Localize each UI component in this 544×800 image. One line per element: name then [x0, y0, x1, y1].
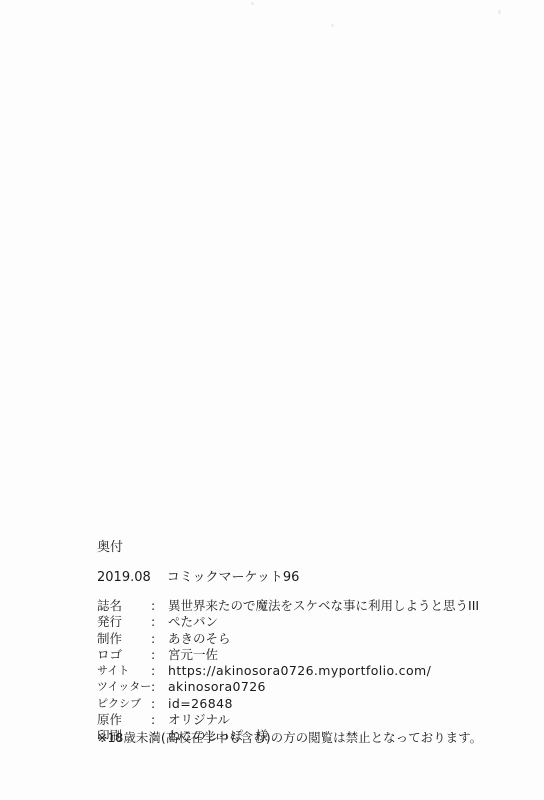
info-value: あきのそら — [168, 631, 231, 647]
scan-speck — [331, 24, 334, 27]
info-label: ツイッター — [97, 679, 151, 695]
edition-event: コミックマーケット96 — [167, 570, 300, 585]
info-value: 宮元一佐 — [168, 647, 218, 663]
info-separator: : — [151, 598, 155, 614]
colophon-page: 奥付 2019.08コミックマーケット96 誌名 : 異世界来たので魔法をスケベ… — [0, 0, 544, 800]
info-separator: : — [151, 679, 155, 695]
info-value: 異世界来たので魔法をスケベな事に利用しようと思うIII — [168, 598, 479, 614]
info-value: オリジナル — [168, 712, 230, 728]
colophon-heading: 奥付 — [97, 540, 123, 556]
info-label: 原作 — [97, 712, 122, 728]
info-label: 制作 — [97, 631, 122, 647]
info-value: ぺたパン — [168, 614, 218, 630]
info-separator: : — [151, 614, 155, 630]
edition-date: 2019.08 — [97, 570, 151, 585]
info-separator: : — [151, 647, 155, 663]
site-url-link[interactable]: https://akinosora0726.myportfolio.com/ — [168, 663, 431, 679]
scan-speck — [498, 10, 501, 14]
info-label: サイト — [97, 663, 129, 679]
info-label: 発行 — [97, 614, 122, 630]
scan-speck — [251, 2, 254, 5]
info-label: ピクシブ — [97, 696, 141, 712]
edition-line: 2019.08コミックマーケット96 — [97, 570, 299, 586]
info-separator: : — [151, 712, 155, 728]
pixiv-id: id=26848 — [168, 696, 233, 712]
info-label: ロゴ — [97, 647, 122, 663]
info-separator: : — [151, 663, 155, 679]
info-separator: : — [151, 631, 155, 647]
age-restriction-note: ※18歳未満(高校在学中も含む)の方の閲覧は禁止となっております。 — [97, 730, 482, 746]
info-separator: : — [151, 696, 155, 712]
info-label: 誌名 — [97, 598, 122, 614]
twitter-handle: akinosora0726 — [168, 679, 266, 695]
